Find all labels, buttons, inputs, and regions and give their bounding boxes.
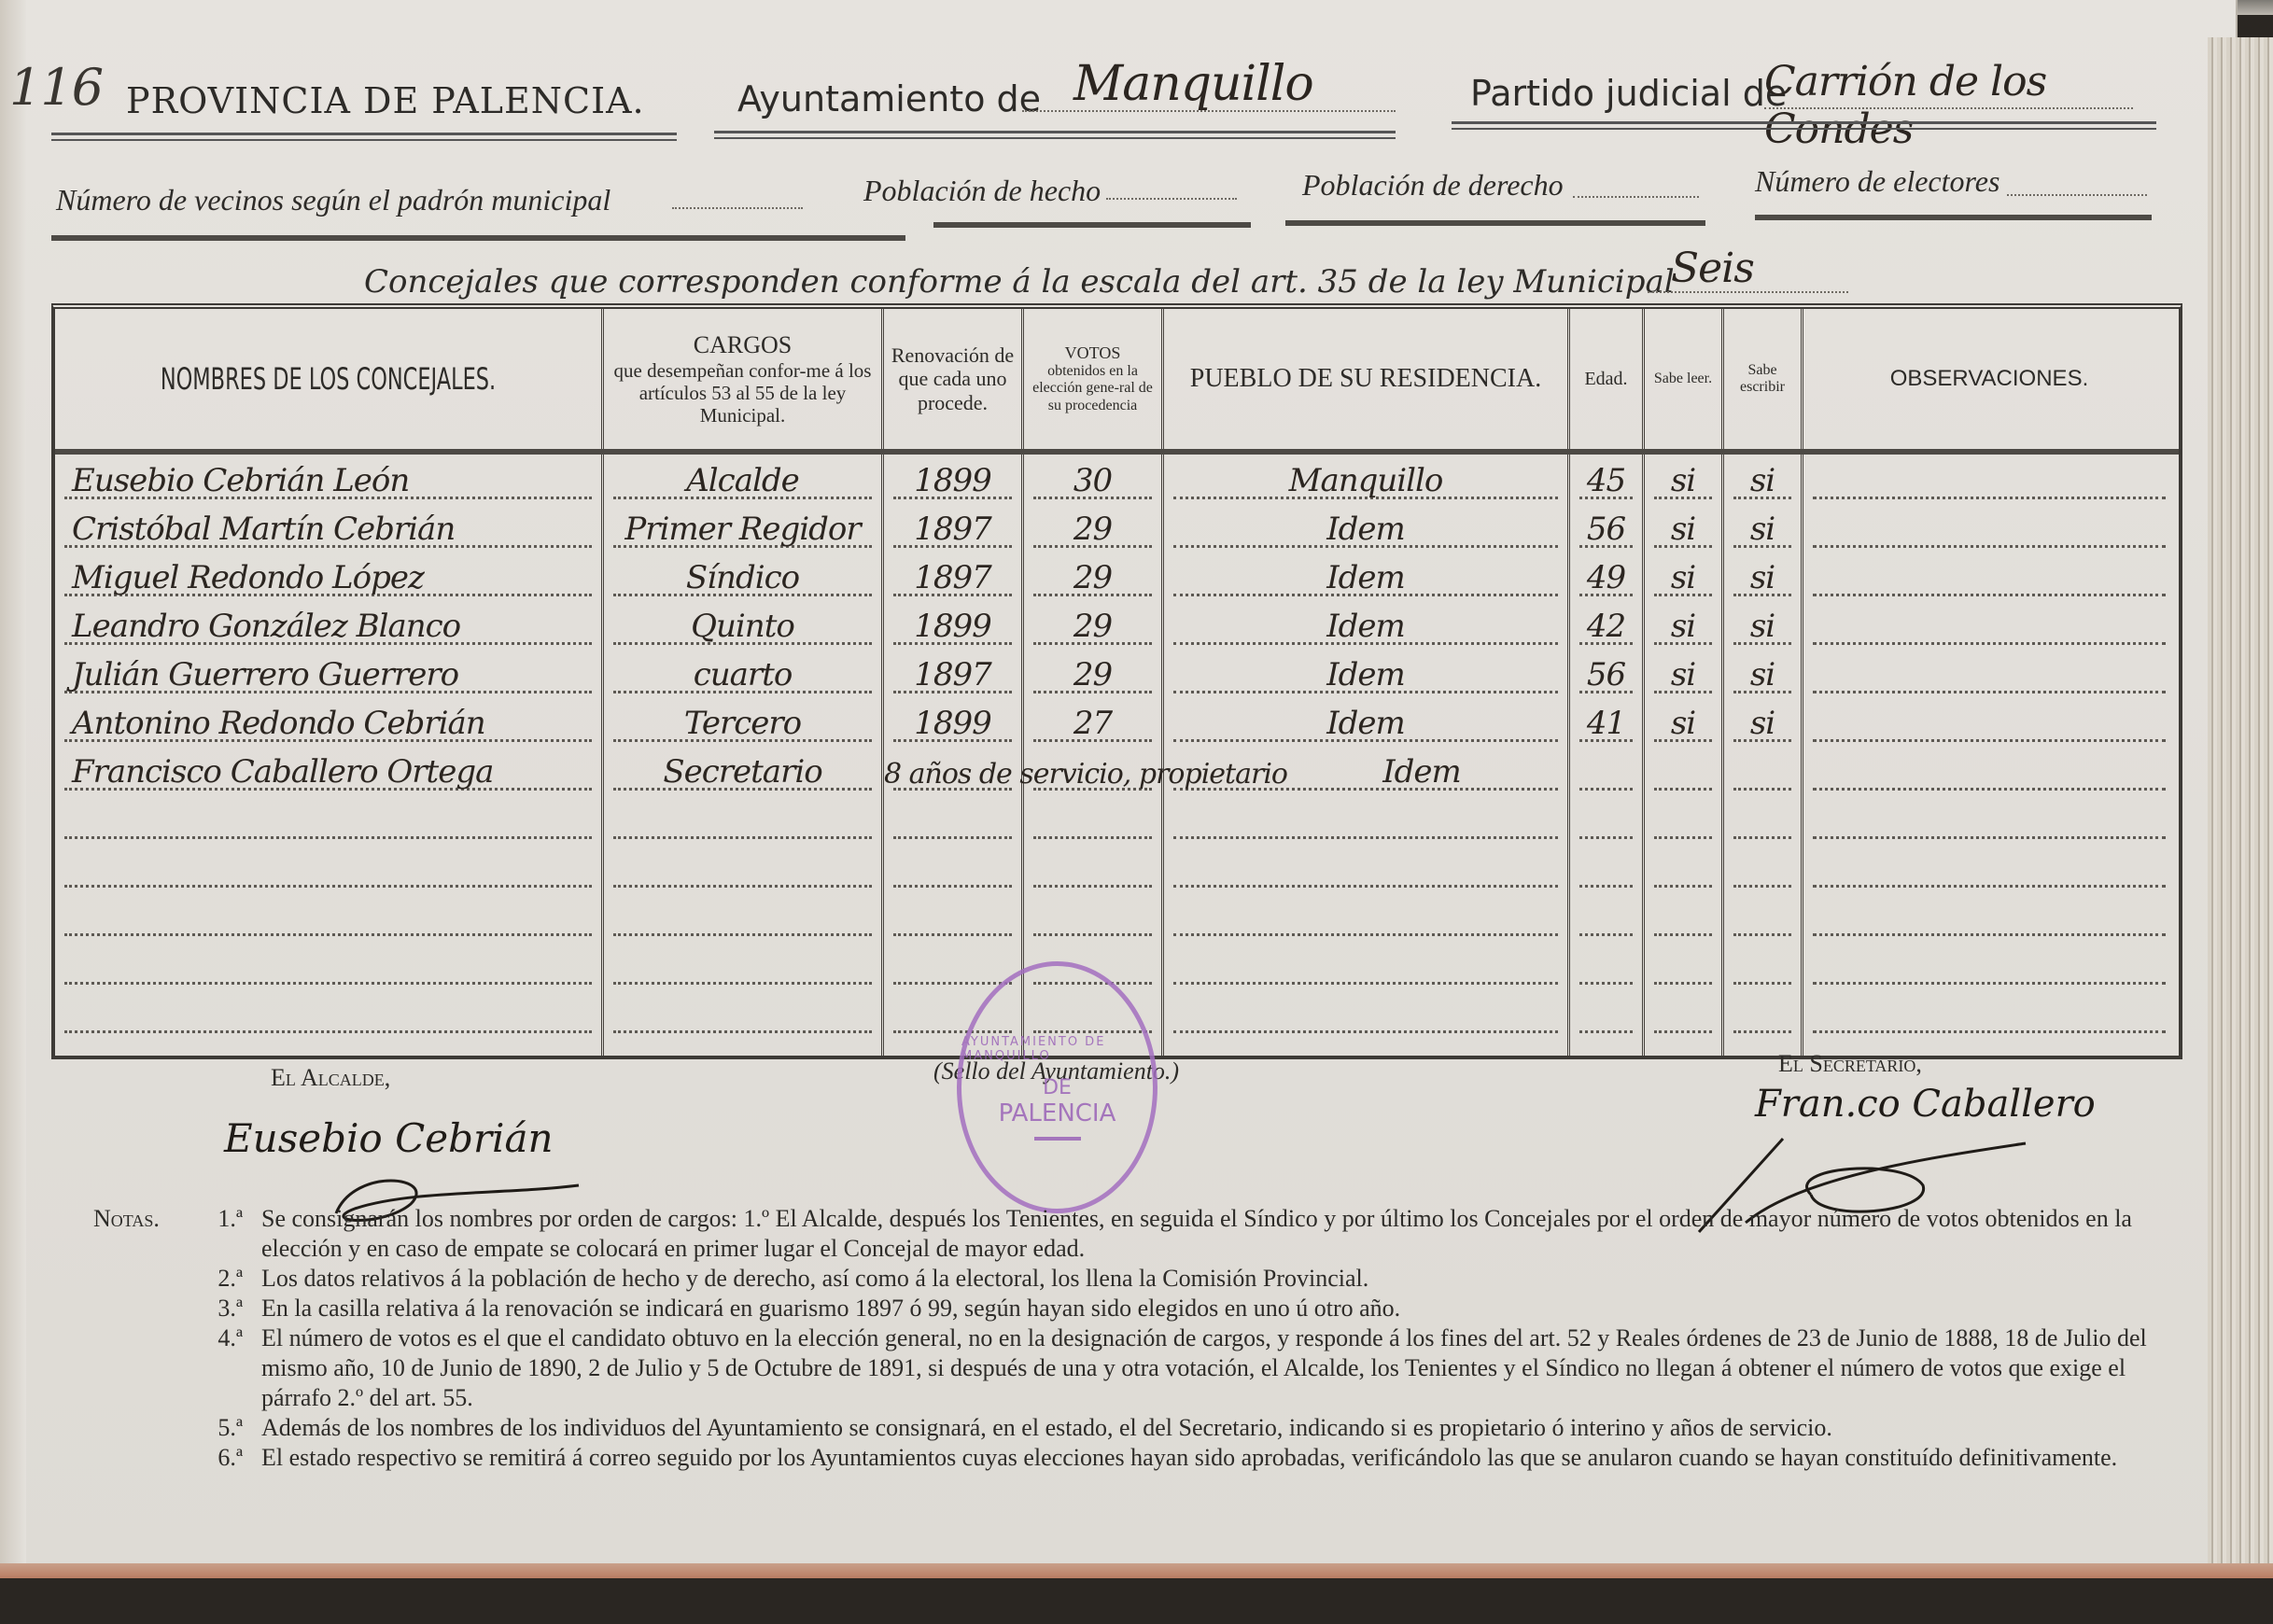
- header-pueblo: PUEBLO DE SU RESIDENCIA.: [1164, 309, 1567, 449]
- note-text: Los datos relativos á la población de he…: [261, 1264, 1368, 1294]
- header-edad: Edad.: [1570, 309, 1642, 449]
- secretario-label: El Secretario,: [1778, 1050, 1922, 1078]
- concejales-table: NOMBRES DE LOS CONCEJALES. CARGOS que de…: [51, 303, 2182, 1059]
- notes-heading: [93, 1294, 177, 1323]
- alcalde-signature: Eusebio Cebrián: [224, 1115, 554, 1161]
- note-number: 1.ª: [177, 1204, 261, 1264]
- vecinos-rule: [51, 235, 905, 241]
- table-cell-cargo: cuarto: [604, 651, 881, 699]
- table-cell-escribir: si: [1724, 651, 1801, 699]
- header-cargos-sub: que desempeñan confor-me á los artículos…: [604, 359, 881, 427]
- table-row: Miguel Redondo LópezSíndico189729Idem49s…: [55, 553, 2179, 602]
- alcalde-label: El Alcalde,: [271, 1064, 390, 1092]
- notes-heading: Notas.: [93, 1204, 177, 1264]
- table-cell-obs: [1803, 651, 2175, 699]
- table-cell-renovacion: [884, 796, 1021, 845]
- table-row: Antonino Redondo CebriánTercero189927Ide…: [55, 699, 2179, 748]
- table-cell-renovacion: 1899: [884, 602, 1021, 651]
- table-cell-edad: [1570, 990, 1642, 1039]
- ayuntamiento-label: Ayuntamiento de: [737, 78, 1041, 119]
- header-rule: [55, 449, 2179, 455]
- stamp-ring-text: AYUNTAMIENTO DE MANQUILLO: [961, 1035, 1153, 1063]
- table-cell-edad: [1570, 845, 1642, 893]
- electores-field: [2007, 194, 2147, 196]
- note-text: Se consignarán los nombres por orden de …: [261, 1204, 2184, 1264]
- table-cell-votos: 29: [1024, 651, 1161, 699]
- table-cell-pueblo: [1164, 796, 1567, 845]
- header-votos-title: VOTOS: [1065, 343, 1121, 363]
- table-cell-edad: 56: [1570, 651, 1642, 699]
- table-cell-leer: si: [1645, 456, 1721, 505]
- book-page-edges: [2208, 37, 2273, 1577]
- header-renovacion: Renovación de que cada uno procede.: [884, 309, 1021, 449]
- table-cell-renovacion: 1897: [884, 651, 1021, 699]
- ayuntamiento-value: Manquillo: [1073, 56, 1410, 112]
- partido-rule: [1452, 121, 2156, 130]
- concejales-label: Concejales que corresponden conforme á l…: [364, 263, 1675, 301]
- stamp-bar: [1034, 1137, 1081, 1141]
- table-cell-leer: [1645, 796, 1721, 845]
- table-cell-edad: 56: [1570, 505, 1642, 553]
- table-cell-pueblo: Manquillo: [1164, 456, 1567, 505]
- table-cell-votos: 30: [1024, 456, 1161, 505]
- table-cell-cargo: [604, 845, 881, 893]
- table-cell-obs: [1803, 990, 2175, 1039]
- ayuntamiento-rule: [714, 131, 1396, 139]
- table-cell-pueblo: [1164, 845, 1567, 893]
- table-cell-leer: si: [1645, 651, 1721, 699]
- note-item: 6.ªEl estado respectivo se remitirá á co…: [93, 1443, 2184, 1473]
- table-cell-escribir: [1724, 990, 1801, 1039]
- poblacion-hecho-label: Población de hecho: [863, 174, 1101, 208]
- table-cell-leer: [1645, 942, 1721, 990]
- table-cell-nombre: [55, 845, 601, 893]
- vecinos-label: Número de vecinos según el padrón munici…: [56, 183, 610, 217]
- table-cell-pueblo: Idem: [1164, 505, 1567, 553]
- note-number: 3.ª: [177, 1294, 261, 1323]
- note-number: 2.ª: [177, 1264, 261, 1294]
- poblacion-hecho-rule: [933, 222, 1251, 228]
- note-text: El estado respectivo se remitirá á corre…: [261, 1443, 2117, 1473]
- table-row: [55, 893, 2179, 942]
- concejales-value: Seis: [1671, 245, 1754, 292]
- table-cell-edad: [1570, 942, 1642, 990]
- table-cell-nombre: Julián Guerrero Guerrero: [55, 651, 601, 699]
- table-cell-nombre: [55, 942, 601, 990]
- table-cell-nombre: Cristóbal Martín Cebrián: [55, 505, 601, 553]
- table-row: [55, 845, 2179, 893]
- table-cell-nombre: Antonino Redondo Cebrián: [55, 699, 601, 748]
- note-text: Además de los nombres de los individuos …: [261, 1413, 1832, 1443]
- table-cell-leer: si: [1645, 505, 1721, 553]
- notes-section: Notas.1.ªSe consignarán los nombres por …: [93, 1204, 2184, 1473]
- table-cell-renovacion: 1897: [884, 505, 1021, 553]
- table-cell-escribir: si: [1724, 456, 1801, 505]
- book-page-bottom-edge: [0, 1563, 2273, 1578]
- table-cell-votos: [1024, 893, 1161, 942]
- table-cell-cargo: Secretario: [604, 748, 881, 796]
- table-cell-nombre: Miguel Redondo López: [55, 553, 601, 602]
- note-number: 5.ª: [177, 1413, 261, 1443]
- header-sabe-escribir: Sabe escribir: [1724, 309, 1801, 449]
- table-cell-obs: [1803, 505, 2175, 553]
- stamp-center-text: DE: [1043, 1076, 1072, 1099]
- stamp-center-text: PALENCIA: [999, 1099, 1116, 1127]
- vecinos-field: [672, 207, 803, 209]
- table-cell-obs: [1803, 699, 2175, 748]
- table-cell-edad: [1570, 893, 1642, 942]
- table-cell-edad: 49: [1570, 553, 1642, 602]
- header-cargos-title: CARGOS: [694, 331, 792, 359]
- ayuntamiento-stamp: AYUNTAMIENTO DE MANQUILLO DE PALENCIA: [957, 961, 1158, 1213]
- table-cell-pueblo: Idem: [1164, 699, 1567, 748]
- table-cell-obs: [1803, 942, 2175, 990]
- folio-number: 116: [9, 58, 103, 117]
- table-cell-cargo: [604, 796, 881, 845]
- table-cell-cargo: [604, 990, 881, 1039]
- table-cell-obs: [1803, 748, 2175, 796]
- table-cell-cargo: [604, 942, 881, 990]
- table-cell-nombre: [55, 893, 601, 942]
- table-cell-escribir: si: [1724, 602, 1801, 651]
- page-gutter: [0, 0, 26, 1577]
- table-row: [55, 796, 2179, 845]
- table-cell-pueblo: [1164, 942, 1567, 990]
- table-cell-obs: [1803, 553, 2175, 602]
- table-cell-escribir: si: [1724, 505, 1801, 553]
- table-cell-nombre: Leandro González Blanco: [55, 602, 601, 651]
- table-cell-edad: [1570, 748, 1642, 796]
- table-row: Cristóbal Martín CebriánPrimer Regidor18…: [55, 505, 2179, 553]
- table-cell-renovacion: [884, 893, 1021, 942]
- table-cell-cargo: Quinto: [604, 602, 881, 651]
- table-cell-escribir: [1724, 796, 1801, 845]
- header-cargos: CARGOS que desempeñan confor-me á los ar…: [604, 309, 881, 449]
- header-nombres: NOMBRES DE LOS CONCEJALES.: [115, 309, 540, 449]
- table-cell-leer: [1645, 748, 1721, 796]
- note-text: El número de votos es el que el candidat…: [261, 1323, 2184, 1413]
- table-cell-pueblo: Idem: [1164, 602, 1567, 651]
- table-cell-leer: [1645, 893, 1721, 942]
- partido-value: Carrión de los Condes: [1764, 58, 2119, 153]
- table-cell-votos: 29: [1024, 553, 1161, 602]
- poblacion-derecho-rule: [1285, 220, 1705, 226]
- province-rule: [51, 133, 677, 141]
- table-row: Francisco Caballero OrtegaSecretario8 añ…: [55, 748, 2179, 796]
- note-item: 4.ªEl número de votos es el que el candi…: [93, 1323, 2184, 1413]
- table-cell-cargo: Primer Regidor: [604, 505, 881, 553]
- table-cell-escribir: si: [1724, 553, 1801, 602]
- table-cell-obs: [1803, 602, 2175, 651]
- document-page: 116 PROVINCIA DE PALENCIA. Ayuntamiento …: [0, 0, 2238, 1577]
- province-title: PROVINCIA DE PALENCIA.: [126, 80, 645, 121]
- table-cell-votos: 29: [1024, 602, 1161, 651]
- table-cell-edad: 41: [1570, 699, 1642, 748]
- table-cell-escribir: [1724, 845, 1801, 893]
- table-row: Julián Guerrero Guerrerocuarto189729Idem…: [55, 651, 2179, 699]
- table-cell-pueblo: [1164, 893, 1567, 942]
- table-cell-nombre: [55, 990, 601, 1039]
- table-cell-obs: [1803, 796, 2175, 845]
- table-cell-cargo: Alcalde: [604, 456, 881, 505]
- table-cell-votos: [1024, 796, 1161, 845]
- table-cell-leer: [1645, 990, 1721, 1039]
- header-sabe-leer: Sabe leer.: [1645, 309, 1721, 449]
- header-observaciones: OBSERVACIONES.: [1803, 309, 2175, 449]
- table-cell-nombre: [55, 796, 601, 845]
- poblacion-derecho-label: Población de derecho: [1302, 168, 1564, 203]
- notes-heading: [93, 1443, 177, 1473]
- table-cell-cargo: [604, 893, 881, 942]
- table-row: Eusebio Cebrián LeónAlcalde189930Manquil…: [55, 456, 2179, 505]
- table-cell-escribir: [1724, 748, 1801, 796]
- table-row: Leandro González BlancoQuinto189929Idem4…: [55, 602, 2179, 651]
- table-cell-votos: 27: [1024, 699, 1161, 748]
- note-item: 2.ªLos datos relativos á la población de…: [93, 1264, 2184, 1294]
- notes-heading: [93, 1264, 177, 1294]
- table-cell-pueblo: Idem: [1164, 651, 1567, 699]
- table-cell-nombre: Eusebio Cebrián León: [55, 456, 601, 505]
- note-number: 6.ª: [177, 1443, 261, 1473]
- table-cell-edad: [1570, 796, 1642, 845]
- note-item: 3.ªEn la casilla relativa á la renovació…: [93, 1294, 2184, 1323]
- poblacion-derecho-field: [1573, 196, 1699, 198]
- electores-rule: [1755, 215, 2152, 220]
- table-cell-obs: [1803, 893, 2175, 942]
- table-cell-renovacion: 8 años de servicio, propietario: [884, 748, 1407, 796]
- poblacion-hecho-field: [1106, 198, 1237, 200]
- table-cell-leer: [1645, 845, 1721, 893]
- table-cell-leer: si: [1645, 699, 1721, 748]
- note-text: En la casilla relativa á la renovación s…: [261, 1294, 1400, 1323]
- partido-label: Partido judicial de: [1470, 73, 1787, 114]
- table-cell-cargo: Tercero: [604, 699, 881, 748]
- electores-label: Número de electores: [1755, 164, 1999, 199]
- table-row: [55, 942, 2179, 990]
- table-cell-cargo: Síndico: [604, 553, 881, 602]
- notes-list: Notas.1.ªSe consignarán los nombres por …: [93, 1204, 2184, 1473]
- table-cell-renovacion: 1897: [884, 553, 1021, 602]
- table-cell-votos: [1024, 845, 1161, 893]
- table-cell-escribir: [1724, 893, 1801, 942]
- header-votos-sub: obtenidos en la elección gene-ral de su …: [1024, 363, 1161, 414]
- table-cell-edad: 42: [1570, 602, 1642, 651]
- table-cell-escribir: [1724, 942, 1801, 990]
- table-cell-pueblo: [1164, 990, 1567, 1039]
- notes-heading: [93, 1413, 177, 1443]
- table-cell-pueblo: Idem: [1164, 553, 1567, 602]
- table-cell-edad: 45: [1570, 456, 1642, 505]
- note-number: 4.ª: [177, 1323, 261, 1413]
- table-cell-obs: [1803, 845, 2175, 893]
- note-item: 5.ªAdemás de los nombres de los individu…: [93, 1413, 2184, 1443]
- note-item: Notas.1.ªSe consignarán los nombres por …: [93, 1204, 2184, 1264]
- table-cell-leer: si: [1645, 602, 1721, 651]
- table-cell-obs: [1803, 456, 2175, 505]
- header-votos: VOTOS obtenidos en la elección gene-ral …: [1024, 309, 1161, 449]
- table-cell-renovacion: 1899: [884, 456, 1021, 505]
- table-cell-escribir: si: [1724, 699, 1801, 748]
- table-cell-renovacion: 1899: [884, 699, 1021, 748]
- table-cell-votos: 29: [1024, 505, 1161, 553]
- table-cell-renovacion: [884, 845, 1021, 893]
- notes-heading: [93, 1323, 177, 1413]
- table-cell-leer: si: [1645, 553, 1721, 602]
- table-cell-nombre: Francisco Caballero Ortega: [55, 748, 601, 796]
